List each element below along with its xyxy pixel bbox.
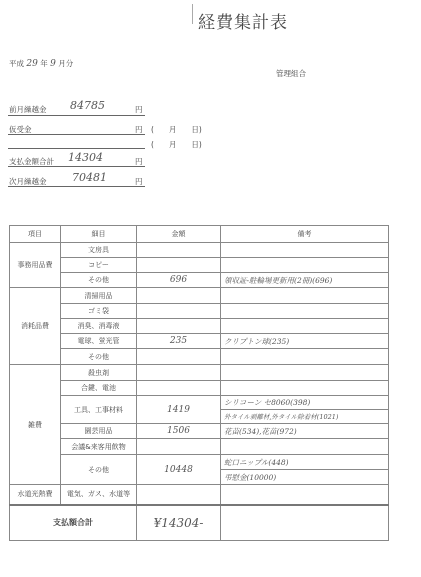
year-label: 年 <box>40 59 48 68</box>
note <box>221 349 389 365</box>
subitem: 清掃用品 <box>61 288 137 304</box>
period: 平成 29 年 9 月分 <box>9 58 73 69</box>
provisional-date: ( 月 日) <box>151 124 202 135</box>
subitem: 電球、蛍光管 <box>61 334 137 349</box>
table-row: 消臭、消毒液 <box>10 319 389 334</box>
note: 領収証-駐輪場更新用(2冊)(696) <box>221 273 389 288</box>
table-row: 園芸用品 1506 花苗(534),花苗(972) <box>10 424 389 439</box>
note: 蛇口ニップル(448) <box>221 455 389 470</box>
underline <box>8 186 145 187</box>
subitem: 消臭、消毒液 <box>61 319 137 334</box>
subitem: 会議&来客用飲物 <box>61 439 137 455</box>
month-value: 9 <box>50 59 56 69</box>
table-row: その他 10448 蛇口ニップル(448) <box>10 455 389 470</box>
total-amount: ¥14304- <box>137 505 221 541</box>
subitem: その他 <box>61 455 137 485</box>
note: 外タイル剥離材,外タイル除着材(1021) <box>221 410 389 424</box>
note: クリプトン球(235) <box>221 334 389 349</box>
subitem: 工具、工事材料 <box>61 396 137 424</box>
amount <box>137 288 221 304</box>
table-row: 電球、蛍光管 235 クリプトン球(235) <box>10 334 389 349</box>
header-notes: 備考 <box>221 226 389 243</box>
underline <box>8 166 145 167</box>
total-row: 支払額合計 ¥14304- <box>10 505 389 541</box>
note: 花苗(534),花苗(972) <box>221 424 389 439</box>
note: 弔慰金(10000) <box>221 470 389 485</box>
amount <box>137 319 221 334</box>
table-header-row: 項目 細目 金額 備考 <box>10 226 389 243</box>
note <box>221 381 389 396</box>
table-row: 会議&来客用飲物 <box>10 439 389 455</box>
prev-balance-value: 84785 <box>70 99 105 112</box>
next-balance-value: 70481 <box>72 171 107 184</box>
note <box>221 319 389 334</box>
subitem: その他 <box>61 273 137 288</box>
header-amount: 金額 <box>137 226 221 243</box>
amount: 10448 <box>137 455 221 485</box>
subitem: 殺虫剤 <box>61 365 137 381</box>
table-row: その他 <box>10 349 389 365</box>
organization: 管理組合 <box>276 68 306 79</box>
subitem: 園芸用品 <box>61 424 137 439</box>
note <box>221 258 389 273</box>
amount: 235 <box>137 334 221 349</box>
underline <box>8 115 145 116</box>
era-year: 29 <box>26 59 37 69</box>
underline <box>8 134 145 135</box>
category-office: 事務用品費 <box>10 243 61 288</box>
table-row: 消耗品費 清掃用品 <box>10 288 389 304</box>
amount <box>137 243 221 258</box>
category-misc: 雑費 <box>10 365 61 485</box>
note <box>221 439 389 455</box>
note <box>221 243 389 258</box>
amount <box>137 381 221 396</box>
note <box>221 365 389 381</box>
header-subitem: 細目 <box>61 226 137 243</box>
table-row: コピー <box>10 258 389 273</box>
table-row: 雑費 殺虫剤 <box>10 365 389 381</box>
period-prefix: 平成 <box>9 59 24 68</box>
amount <box>137 349 221 365</box>
table-row: 工具、工事材料 1419 シリコーン セ8060(398) <box>10 396 389 410</box>
header-item: 項目 <box>10 226 61 243</box>
total-paid-value: 14304 <box>68 151 103 164</box>
total-notes <box>221 505 389 541</box>
note <box>221 288 389 304</box>
month-label: 月分 <box>58 59 73 68</box>
subitem: その他 <box>61 349 137 365</box>
amount: 696 <box>137 273 221 288</box>
table-row: 水道光熱費 電気、ガス、水道等 <box>10 485 389 505</box>
category-utilities: 水道光熱費 <box>10 485 61 505</box>
table-row: 合鍵、電池 <box>10 381 389 396</box>
amount <box>137 304 221 319</box>
page-title: 経費集計表 <box>198 8 288 33</box>
amount: 1419 <box>137 396 221 424</box>
subitem: 文房具 <box>61 243 137 258</box>
subitem: 電気、ガス、水道等 <box>61 485 137 505</box>
amount <box>137 485 221 505</box>
scan-mark <box>192 4 193 24</box>
note: シリコーン セ8060(398) <box>221 396 389 410</box>
note <box>221 304 389 319</box>
table-row: その他 696 領収証-駐輪場更新用(2冊)(696) <box>10 273 389 288</box>
underline <box>8 148 145 149</box>
prev-balance-label: 前月繰越金 <box>9 104 47 115</box>
expense-table: 項目 細目 金額 備考 事務用品費 文房具 コピー その他 696 領収証-駐輪… <box>9 225 389 541</box>
table-row: ゴミ袋 <box>10 304 389 319</box>
subitem: ゴミ袋 <box>61 304 137 319</box>
prev-balance-unit: 円 <box>135 104 143 115</box>
amount <box>137 439 221 455</box>
blank-date: ( 月 日) <box>151 139 202 150</box>
amount <box>137 365 221 381</box>
subitem: 合鍵、電池 <box>61 381 137 396</box>
amount <box>137 258 221 273</box>
amount: 1506 <box>137 424 221 439</box>
note <box>221 485 389 505</box>
subitem: コピー <box>61 258 137 273</box>
table-row: 事務用品費 文房具 <box>10 243 389 258</box>
category-consumables: 消耗品費 <box>10 288 61 365</box>
total-label: 支払額合計 <box>10 505 137 541</box>
